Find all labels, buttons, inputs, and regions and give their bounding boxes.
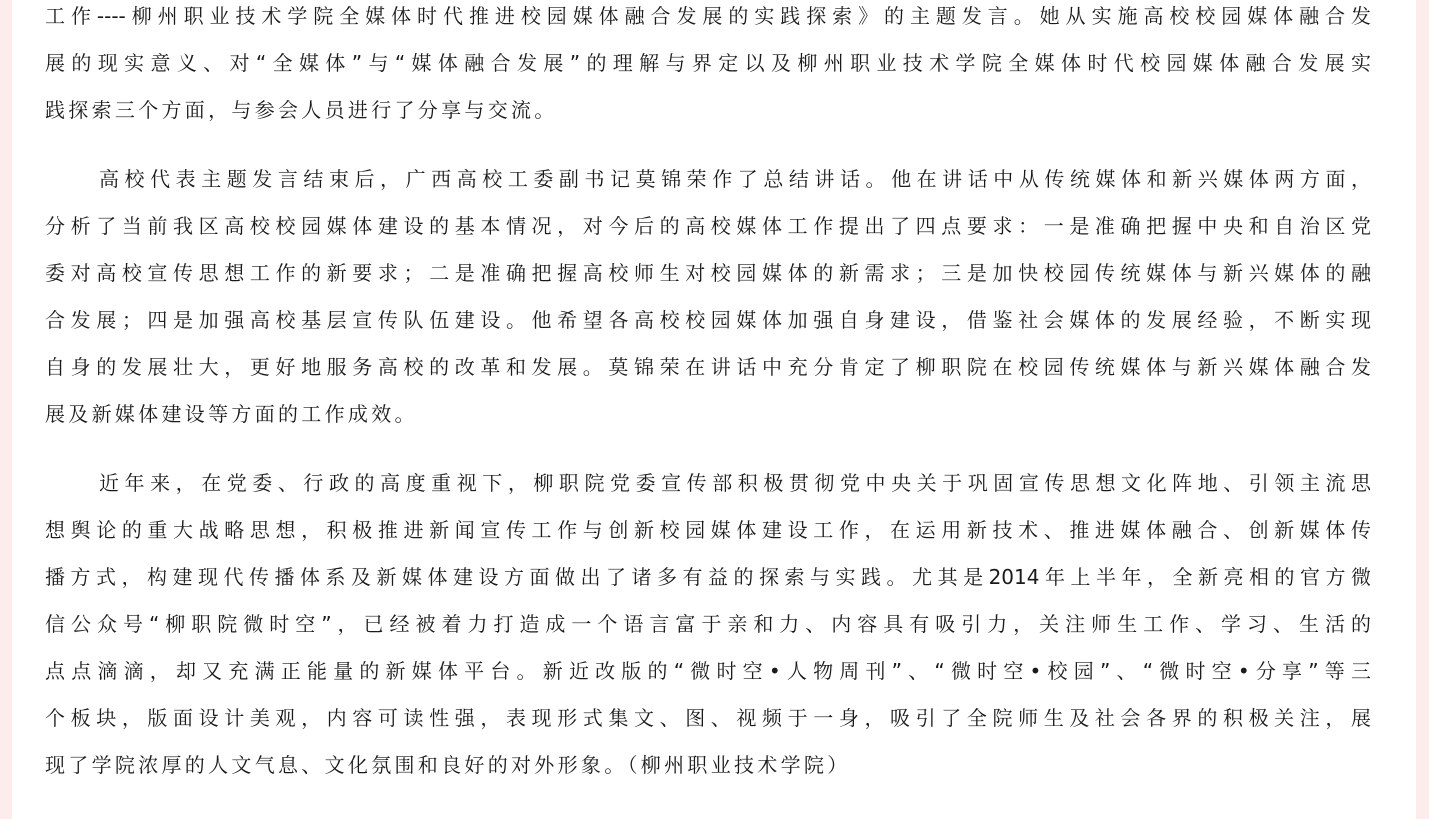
text-line: 自身的发展壮大，更好地服务高校的改革和发展。莫锦荣在讲话中充分肯定了柳职院在校园… bbox=[45, 344, 1371, 391]
paragraph-1: 工作----柳州职业技术学院全媒体时代推进校园媒体融合发展的实践探索》的主题发言… bbox=[45, 0, 1371, 134]
paragraph-3: 近年来，在党委、行政的高度重视下，柳职院党委宣传部积极贯彻党中央关于巩固宣传思想… bbox=[45, 460, 1371, 789]
text-line: 合发展；四是加强高校基层宣传队伍建设。他希望各高校校园媒体加强自身建设，借鉴社会… bbox=[45, 297, 1371, 344]
text-line: 工作----柳州职业技术学院全媒体时代推进校园媒体融合发展的实践探索》的主题发言… bbox=[45, 0, 1371, 40]
text-line: 展的现实意义、对“全媒体”与“媒体融合发展”的理解与界定以及柳州职业技术学院全媒… bbox=[45, 40, 1371, 87]
article-body: 工作----柳州职业技术学院全媒体时代推进校园媒体融合发展的实践探索》的主题发言… bbox=[45, 0, 1371, 811]
left-margin-band bbox=[0, 0, 12, 819]
text-line: 践探索三个方面，与参会人员进行了分享与交流。 bbox=[45, 87, 1371, 134]
text-line: 播方式，构建现代传播体系及新媒体建设方面做出了诸多有益的探索与实践。尤其是201… bbox=[45, 554, 1371, 601]
text-line: 高校代表主题发言结束后，广西高校工委副书记莫锦荣作了总结讲话。他在讲话中从传统媒… bbox=[45, 156, 1371, 203]
text-line: 展及新媒体建设等方面的工作成效。 bbox=[45, 391, 1371, 438]
paragraph-2: 高校代表主题发言结束后，广西高校工委副书记莫锦荣作了总结讲话。他在讲话中从传统媒… bbox=[45, 156, 1371, 438]
text-line: 分析了当前我区高校校园媒体建设的基本情况，对今后的高校媒体工作提出了四点要求：一… bbox=[45, 203, 1371, 250]
text-line: 现了学院浓厚的人文气息、文化氛围和良好的对外形象。（柳州职业技术学院） bbox=[45, 742, 1371, 789]
page: 工作----柳州职业技术学院全媒体时代推进校园媒体融合发展的实践探索》的主题发言… bbox=[0, 0, 1429, 819]
text-line: 点点滴滴，却又充满正能量的新媒体平台。新近改版的“微时空•人物周刊”、“微时空•… bbox=[45, 648, 1371, 695]
text-line: 想舆论的重大战略思想，积极推进新闻宣传工作与创新校园媒体建设工作，在运用新技术、… bbox=[45, 507, 1371, 554]
text-line: 信公众号“柳职院微时空”，已经被着力打造成一个语言富于亲和力、内容具有吸引力，关… bbox=[45, 601, 1371, 648]
text-line: 近年来，在党委、行政的高度重视下，柳职院党委宣传部积极贯彻党中央关于巩固宣传思想… bbox=[45, 460, 1371, 507]
text-line: 个板块，版面设计美观，内容可读性强，表现形式集文、图、视频于一身，吸引了全院师生… bbox=[45, 695, 1371, 742]
right-margin-band bbox=[1416, 0, 1429, 819]
text-line: 委对高校宣传思想工作的新要求；二是准确把握高校师生对校园媒体的新需求；三是加快校… bbox=[45, 250, 1371, 297]
